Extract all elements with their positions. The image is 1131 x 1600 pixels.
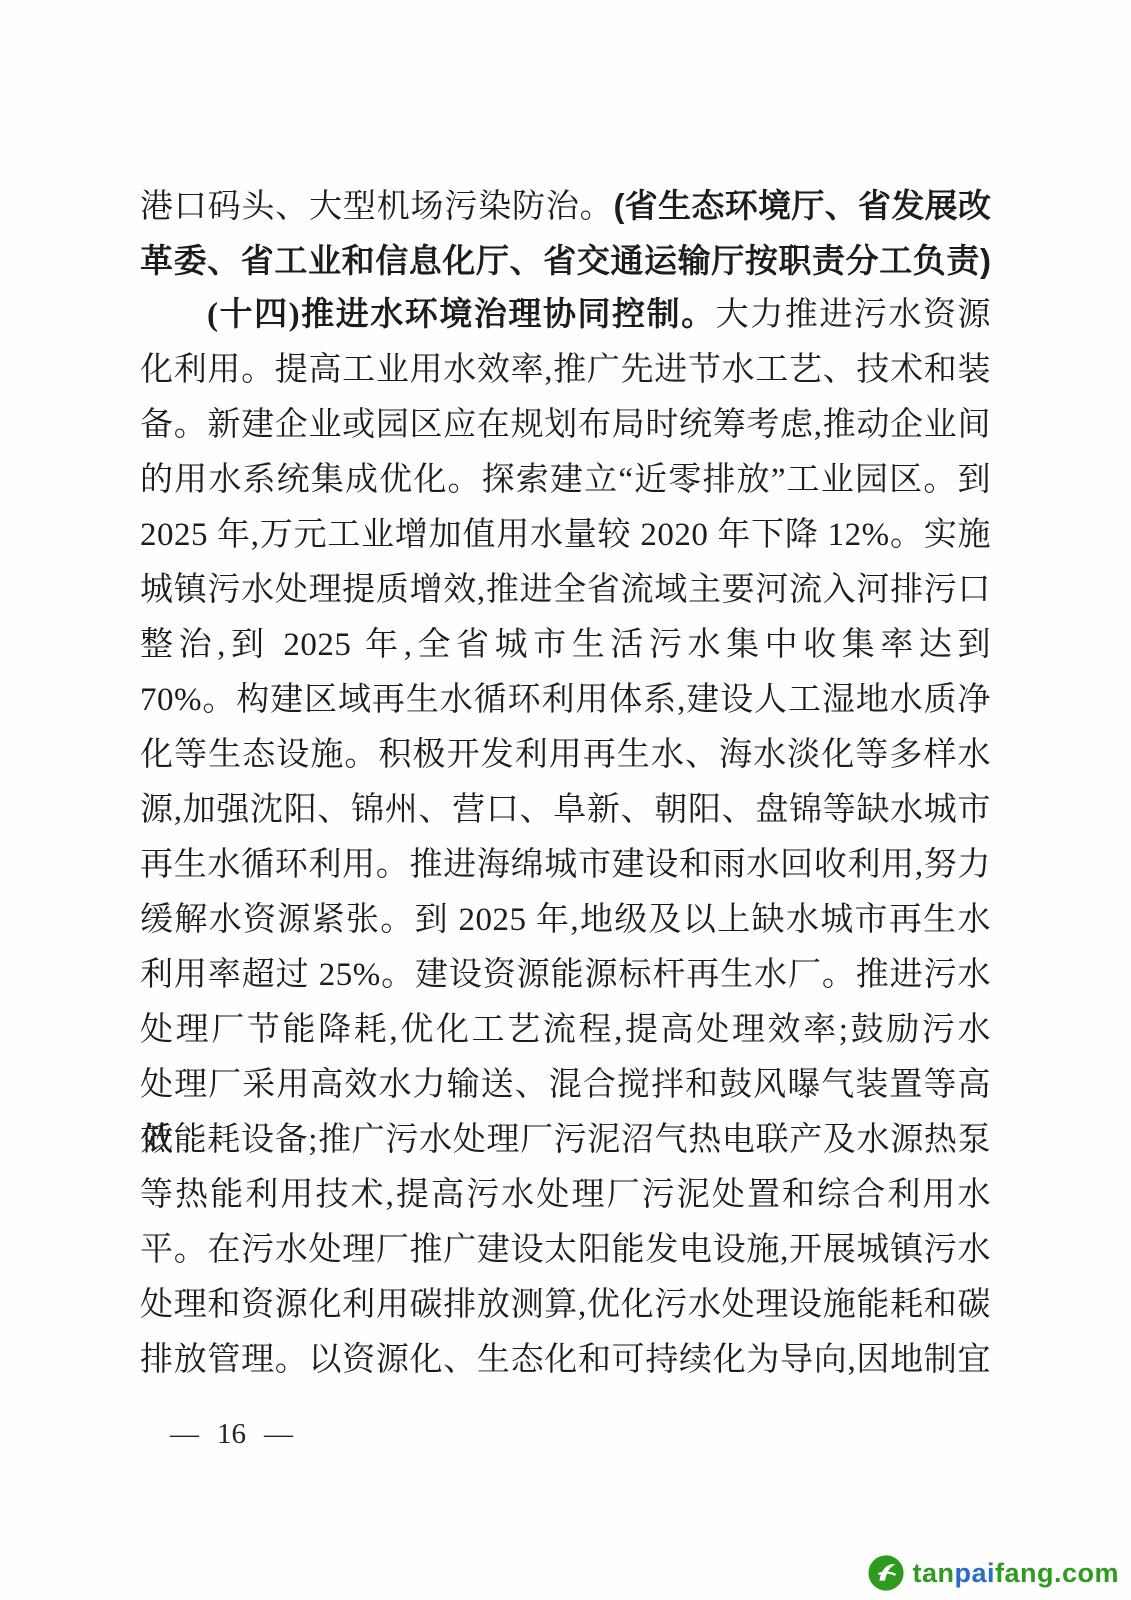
text-line: 缓解水资源紧张。到 2025 年,地级及以上缺水城市再生水 (140, 893, 991, 948)
text-line: 平。在污水处理厂推广建设太阳能发电设施,开展城镇污水 (140, 1223, 991, 1278)
body-text: 排放管理。以资源化、生态化和可持续化为导向,因地制宜 (140, 1342, 991, 1378)
text-line: 利用率超过 25%。建设资源能源标杆再生水厂。推进污水 (140, 948, 991, 1003)
text-line: 备。新建企业或园区应在规划布局时统筹考虑,推动企业间 (140, 398, 991, 453)
body-text: 缓解水资源紧张。到 2025 年,地级及以上缺水城市再生水 (140, 902, 991, 938)
footer-dash: — (264, 1418, 293, 1451)
body-text: 等热能利用技术,提高污水处理厂污泥处置和综合利用水 (140, 1177, 991, 1213)
text-line: 70%。构建区域再生水循环利用体系,建设人工湿地水质净 (140, 673, 991, 728)
document-page: 港口码头、大型机场污染防治。(省生态环境厅、省发展改 革委、省工业和信息化厅、省… (0, 0, 1131, 1600)
site-logo-text: tanpaifang.com (912, 1558, 1119, 1589)
text-line: 化等生态设施。积极开发利用再生水、海水淡化等多样水 (140, 728, 991, 783)
text-line: 革委、省工业和信息化厅、省交通运输厅按职责分工负责) (140, 233, 991, 288)
text-line: 化利用。提高工业用水效率,推广先进节水工艺、技术和装 (140, 343, 991, 398)
body-text: 城镇污水处理提质增效,推进全省流域主要河流入河排污口 (140, 572, 991, 608)
text-line: 整治,到 2025 年,全省城市生活污水集中收集率达到 (140, 618, 991, 673)
text-line: 处理厂采用高效水力输送、混合搅拌和鼓风曝气装置等高效 (140, 1058, 991, 1113)
text-line: 的用水系统集成优化。探索建立“近零排放”工业园区。到 (140, 453, 991, 508)
body-text: 处理和资源化利用碳排放测算,优化污水处理设施能耗和碳 (140, 1287, 991, 1323)
text-line: 城镇污水处理提质增效,推进全省流域主要河流入河排污口 (140, 563, 991, 618)
body-text: 2025 年,万元工业增加值用水量较 2020 年下降 12%。实施 (140, 517, 991, 553)
body-text: 大力推进污水资源 (716, 297, 991, 333)
body-text: 低能耗设备;推广污水处理厂污泥沼气热电联产及水源热泵 (140, 1122, 991, 1158)
body-text: 再生水循环利用。推进海绵城市建设和雨水回收利用,努力 (140, 847, 991, 883)
body-text: 70%。构建区域再生水循环利用体系,建设人工湿地水质净 (140, 682, 991, 718)
leaf-circle-icon (867, 1554, 905, 1592)
text-line: 排放管理。以资源化、生态化和可持续化为导向,因地制宜 (140, 1333, 991, 1388)
text-line: (十四)推进水环境治理协同控制。大力推进污水资源 (140, 288, 991, 343)
text-line: 再生水循环利用。推进海绵城市建设和雨水回收利用,努力 (140, 838, 991, 893)
text-line: 港口码头、大型机场污染防治。(省生态环境厅、省发展改 (140, 178, 991, 233)
text-line: 低能耗设备;推广污水处理厂污泥沼气热电联产及水源热泵 (140, 1113, 991, 1168)
text-line: 等热能利用技术,提高污水处理厂污泥处置和综合利用水 (140, 1168, 991, 1223)
page-number: 16 (217, 1418, 246, 1451)
body-text: 利用率超过 25%。建设资源能源标杆再生水厂。推进污水 (140, 957, 991, 993)
footer-dash: — (170, 1418, 199, 1451)
body-text: 源,加强沈阳、锦州、营口、阜新、朝阳、盘锦等缺水城市 (140, 792, 991, 828)
section-heading: (十四)推进水环境治理协同控制。 (207, 297, 716, 333)
page-footer: — 16 — (170, 1418, 293, 1451)
body-text: 备。新建企业或园区应在规划布局时统筹考虑,推动企业间 (140, 407, 991, 443)
document-body: 港口码头、大型机场污染防治。(省生态环境厅、省发展改 革委、省工业和信息化厅、省… (140, 178, 991, 1388)
agency-attribution-bold: (省生态环境厅、省发展改 (613, 187, 991, 224)
text-line: 2025 年,万元工业增加值用水量较 2020 年下降 12%。实施 (140, 508, 991, 563)
body-text: 平。在污水处理厂推广建设太阳能发电设施,开展城镇污水 (140, 1232, 991, 1268)
logo-part-tan: tan (912, 1558, 954, 1588)
body-text: 的用水系统集成优化。探索建立“近零排放”工业园区。到 (140, 462, 991, 498)
body-text: 整治,到 2025 年,全省城市生活污水集中收集率达到 (140, 627, 991, 663)
text-line: 处理厂节能降耗,优化工艺流程,提高处理效率;鼓励污水 (140, 1003, 991, 1058)
logo-part-fang-com: fang.com (995, 1558, 1119, 1588)
body-text: 化等生态设施。积极开发利用再生水、海水淡化等多样水 (140, 737, 991, 773)
agency-attribution-bold: 革委、省工业和信息化厅、省交通运输厅按职责分工负责) (140, 242, 991, 279)
text-line: 源,加强沈阳、锦州、营口、阜新、朝阳、盘锦等缺水城市 (140, 783, 991, 838)
body-text: 港口码头、大型机场污染防治。 (140, 189, 613, 225)
body-text: 处理厂节能降耗,优化工艺流程,提高处理效率;鼓励污水 (140, 1012, 991, 1048)
site-logo[interactable]: tanpaifang.com (867, 1554, 1119, 1592)
body-text: 化利用。提高工业用水效率,推广先进节水工艺、技术和装 (140, 352, 991, 388)
text-line: 处理和资源化利用碳排放测算,优化污水处理设施能耗和碳 (140, 1278, 991, 1333)
logo-part-pai: pai (954, 1558, 995, 1588)
